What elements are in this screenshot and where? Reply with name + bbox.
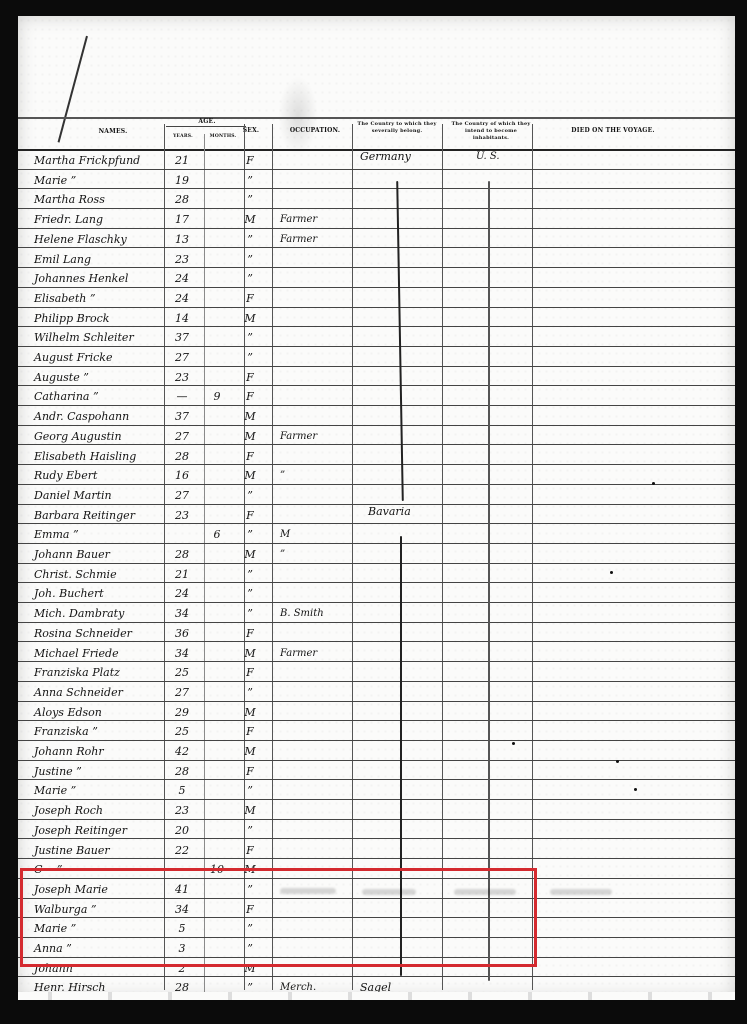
age-months <box>204 544 230 564</box>
table-row: Martha Ross28” <box>18 189 735 209</box>
sex: F <box>232 840 268 860</box>
age-months <box>204 249 230 269</box>
age-months <box>204 958 230 978</box>
passenger-name: Johann Rohr <box>34 741 104 761</box>
age-months <box>204 170 230 190</box>
sex: M <box>232 406 268 426</box>
table-row: Georg Augustin27MFarmer <box>18 426 735 446</box>
sex: F <box>232 288 268 308</box>
table-row: Friedr. Lang17MFarmer <box>18 209 735 229</box>
age-months <box>204 446 230 466</box>
age-years: 36 <box>164 623 200 643</box>
age-years: 27 <box>164 682 200 702</box>
passenger-name: Barbara Reitinger <box>34 505 135 525</box>
occupation: B. Smith <box>280 603 324 623</box>
age-months: 10 <box>204 859 230 879</box>
header-occupation: OCCUPATION. <box>280 127 350 135</box>
faded-text <box>362 889 416 895</box>
age-years: — <box>164 386 200 406</box>
passenger-name: Georg Augustin <box>34 426 122 446</box>
age-months <box>204 150 230 170</box>
passenger-name: Johann ” <box>34 958 82 978</box>
faded-text <box>280 888 336 894</box>
age-months <box>204 564 230 584</box>
table-row: Justine ”28F <box>18 761 735 781</box>
passenger-name: Martha Ross <box>34 189 105 209</box>
age-years: 22 <box>164 840 200 860</box>
sex: M <box>232 741 268 761</box>
age-years: 41 <box>164 879 200 899</box>
age-years: 25 <box>164 721 200 741</box>
age-months <box>204 465 230 485</box>
age-years: 34 <box>164 603 200 623</box>
age-years: 14 <box>164 308 200 328</box>
age-years: 17 <box>164 209 200 229</box>
header-age: AGE. <box>168 118 246 126</box>
age-months <box>204 800 230 820</box>
passenger-name: Martha Frickpfund <box>34 150 140 170</box>
sex: ” <box>232 938 268 958</box>
age-months <box>204 347 230 367</box>
age-months: 6 <box>204 524 230 544</box>
sex: F <box>232 721 268 741</box>
table-row: Auguste ”23F <box>18 367 735 387</box>
age-years <box>164 524 200 544</box>
sex: ” <box>232 170 268 190</box>
sex: M <box>232 544 268 564</box>
passenger-name: Justine Bauer <box>34 840 110 860</box>
passenger-name: Johannes Henkel <box>34 268 128 288</box>
sex: ” <box>232 268 268 288</box>
passenger-name: Elisabeth Haisling <box>34 446 136 466</box>
table-row: Mich. Dambraty34”B. Smith <box>18 603 735 623</box>
age-years: 23 <box>164 800 200 820</box>
age-months <box>204 662 230 682</box>
age-months <box>204 840 230 860</box>
table-row: Philipp Brock14M <box>18 308 735 328</box>
ditto-stroke-inhabit <box>488 181 490 981</box>
age-months <box>204 820 230 840</box>
age-years: 27 <box>164 426 200 446</box>
passenger-name: Joseph Marie <box>34 879 108 899</box>
age-months <box>204 406 230 426</box>
age-months <box>204 229 230 249</box>
age-months <box>204 268 230 288</box>
passenger-name: Helene Flaschky <box>34 229 127 249</box>
table-row: Joh. Buchert24” <box>18 583 735 603</box>
sex: M <box>232 308 268 328</box>
sex: ” <box>232 485 268 505</box>
sex: ” <box>232 249 268 269</box>
sex: ” <box>232 780 268 800</box>
sex: F <box>232 505 268 525</box>
age-years: 3 <box>164 938 200 958</box>
ink-speck <box>616 760 619 763</box>
age-years: 37 <box>164 327 200 347</box>
manifest-page: NAMES. AGE. YEARS. MONTHS. SEX. OCCUPATI… <box>18 16 735 998</box>
age-months <box>204 938 230 958</box>
passenger-name: Friedr. Lang <box>34 209 103 229</box>
ink-speck <box>512 742 515 745</box>
passenger-name: Justine ” <box>34 761 82 781</box>
passenger-name: Mich. Dambraty <box>34 603 124 623</box>
header-died: DIED ON THE VOYAGE. <box>548 127 678 135</box>
age-years: 2 <box>164 958 200 978</box>
faded-text <box>454 889 516 895</box>
age-years: 34 <box>164 643 200 663</box>
table-row: Emil Lang23” <box>18 249 735 269</box>
table-header: NAMES. AGE. YEARS. MONTHS. SEX. OCCUPATI… <box>18 115 735 149</box>
passenger-name: Emil Lang <box>34 249 91 269</box>
passenger-name: Rosina Schneider <box>34 623 132 643</box>
age-months <box>204 327 230 347</box>
passenger-name: August Fricke <box>34 347 112 367</box>
ink-speck <box>634 788 637 791</box>
age-months <box>204 899 230 919</box>
sex: F <box>232 623 268 643</box>
passenger-name: Franziska ” <box>34 721 98 741</box>
sex: M <box>232 643 268 663</box>
passenger-name: Franziska Platz <box>34 662 120 682</box>
table-row: Joseph Roch23M <box>18 800 735 820</box>
age-years: — <box>164 859 200 879</box>
sex: M <box>232 958 268 978</box>
sex: F <box>232 367 268 387</box>
table-row: Michael Friede34MFarmer <box>18 643 735 663</box>
sex: ” <box>232 327 268 347</box>
header-country-belong: The Country to which they severally belo… <box>354 121 440 135</box>
sex: ” <box>232 189 268 209</box>
passenger-name: Joseph Reitinger <box>34 820 127 840</box>
passenger-name: Anna ” <box>34 938 72 958</box>
sex: M <box>232 859 268 879</box>
sex: M <box>232 465 268 485</box>
occupation: ” <box>280 544 285 564</box>
age-years: 19 <box>164 170 200 190</box>
age-months <box>204 288 230 308</box>
age-months <box>204 643 230 663</box>
age-months <box>204 308 230 328</box>
passenger-name: Andr. Caspohann <box>34 406 129 426</box>
passenger-name: C— ” <box>34 859 63 879</box>
header-age-months: MONTHS. <box>204 133 242 141</box>
age-months <box>204 367 230 387</box>
passenger-name: Philipp Brock <box>34 308 109 328</box>
country-destination: U. S. <box>476 146 500 166</box>
age-years: 28 <box>164 189 200 209</box>
age-months <box>204 780 230 800</box>
passenger-name: Christ. Schmie <box>34 564 117 584</box>
age-months <box>204 583 230 603</box>
sex: ” <box>232 682 268 702</box>
age-years: 16 <box>164 465 200 485</box>
table-row: Christ. Schmie21” <box>18 564 735 584</box>
header-age-years: YEARS. <box>164 133 202 141</box>
age-months <box>204 426 230 446</box>
table-row: Marie ”19” <box>18 170 735 190</box>
page-edge <box>18 992 735 1000</box>
occupation: Farmer <box>280 229 317 249</box>
occupation: M <box>280 524 290 544</box>
ink-speck <box>652 482 655 485</box>
table-row: Wilhelm Schleiter37” <box>18 327 735 347</box>
age-years: 29 <box>164 702 200 722</box>
passenger-name: Marie ” <box>34 918 76 938</box>
age-years: 28 <box>164 544 200 564</box>
header-country-inhabit: The Country of which they intend to beco… <box>446 121 536 142</box>
country-of-origin: Germany <box>360 146 411 166</box>
age-years: 20 <box>164 820 200 840</box>
age-months <box>204 189 230 209</box>
sex: ” <box>232 879 268 899</box>
sex: F <box>232 446 268 466</box>
table-row: Johann Rohr42M <box>18 741 735 761</box>
age-months <box>204 761 230 781</box>
age-months <box>204 209 230 229</box>
sex: F <box>232 386 268 406</box>
table-row: Marie ”5” <box>18 780 735 800</box>
sex: F <box>232 662 268 682</box>
sex: ” <box>232 583 268 603</box>
sex: ” <box>232 918 268 938</box>
table-row: Johann Bauer28M” <box>18 544 735 564</box>
country-of-origin: Bavaria <box>368 501 411 521</box>
age-years: 27 <box>164 347 200 367</box>
table-row: Aloys Edson29M <box>18 702 735 722</box>
table-row: Anna Schneider27” <box>18 682 735 702</box>
age-years: 42 <box>164 741 200 761</box>
ditto-stroke-country-2 <box>400 536 402 976</box>
age-years: 5 <box>164 780 200 800</box>
occupation: Farmer <box>280 426 317 446</box>
passenger-name: Walburga ” <box>34 899 97 919</box>
table-row: Elisabeth Haisling28F <box>18 446 735 466</box>
passenger-name: Joseph Roch <box>34 800 103 820</box>
sex: F <box>232 150 268 170</box>
age-years: 28 <box>164 446 200 466</box>
age-years: 24 <box>164 583 200 603</box>
passenger-name: Daniel Martin <box>34 485 112 505</box>
passenger-name: Marie ” <box>34 780 76 800</box>
age-years: 24 <box>164 268 200 288</box>
passenger-name: Aloys Edson <box>34 702 102 722</box>
sex: M <box>232 800 268 820</box>
passenger-name: Michael Friede <box>34 643 119 663</box>
age-years: 28 <box>164 761 200 781</box>
age-years: 5 <box>164 918 200 938</box>
age-months <box>204 485 230 505</box>
passenger-name: Johann Bauer <box>34 544 110 564</box>
table-row: Emma ”6”M <box>18 524 735 544</box>
table-row: Andr. Caspohann37M <box>18 406 735 426</box>
sex: ” <box>232 229 268 249</box>
table-row: Marie ”5” <box>18 918 735 938</box>
table-row: August Fricke27” <box>18 347 735 367</box>
sex: M <box>232 702 268 722</box>
table-row: Joseph Reitinger20” <box>18 820 735 840</box>
table-row: Franziska Platz25F <box>18 662 735 682</box>
table-row: Catharina ”—9F <box>18 386 735 406</box>
table-row: Rosina Schneider36F <box>18 623 735 643</box>
passenger-name: Joh. Buchert <box>34 583 104 603</box>
sex: ” <box>232 564 268 584</box>
age-months <box>204 505 230 525</box>
table-row: Rudy Ebert16M” <box>18 465 735 485</box>
passenger-name: Elisabeth ” <box>34 288 95 308</box>
age-months <box>204 702 230 722</box>
passenger-name: Wilhelm Schleiter <box>34 327 134 347</box>
age-years: 25 <box>164 662 200 682</box>
passenger-name: Rudy Ebert <box>34 465 97 485</box>
table-row: Elisabeth ”24F <box>18 288 735 308</box>
sex: M <box>232 426 268 446</box>
age-months <box>204 682 230 702</box>
age-years: 24 <box>164 288 200 308</box>
passenger-name: Catharina ” <box>34 386 99 406</box>
passenger-name: Auguste ” <box>34 367 89 387</box>
sex: ” <box>232 603 268 623</box>
age-months <box>204 918 230 938</box>
age-months <box>204 603 230 623</box>
sex: ” <box>232 347 268 367</box>
sex: F <box>232 899 268 919</box>
age-years: 37 <box>164 406 200 426</box>
header-names: NAMES. <box>78 128 148 136</box>
age-years: 21 <box>164 150 200 170</box>
age-years: 23 <box>164 505 200 525</box>
table-row: C— ”—10M <box>18 859 735 879</box>
age-months <box>204 721 230 741</box>
occupation: Farmer <box>280 209 317 229</box>
occupation: Farmer <box>280 643 317 663</box>
age-years: 21 <box>164 564 200 584</box>
table-row: Walburga ”34F <box>18 899 735 919</box>
passenger-name: Marie ” <box>34 170 76 190</box>
table-row: Helene Flaschky13”Farmer <box>18 229 735 249</box>
faded-text <box>550 889 612 895</box>
table-row: Franziska ”25F <box>18 721 735 741</box>
age-years: 23 <box>164 249 200 269</box>
age-divider <box>166 126 246 127</box>
age-years: 13 <box>164 229 200 249</box>
age-years: 23 <box>164 367 200 387</box>
sex: ” <box>232 524 268 544</box>
sex: F <box>232 761 268 781</box>
age-months <box>204 741 230 761</box>
table-row: Johann ”2M <box>18 958 735 978</box>
sex: M <box>232 209 268 229</box>
age-months <box>204 623 230 643</box>
occupation: ” <box>280 465 285 485</box>
age-years: 34 <box>164 899 200 919</box>
sex: ” <box>232 820 268 840</box>
table-row: Justine Bauer22F <box>18 840 735 860</box>
table-row: Anna ”3” <box>18 938 735 958</box>
passenger-name: Emma ” <box>34 524 79 544</box>
age-years: 27 <box>164 485 200 505</box>
age-months <box>204 879 230 899</box>
table-row: Johannes Henkel24” <box>18 268 735 288</box>
ink-speck <box>610 571 613 574</box>
age-months: 9 <box>204 386 230 406</box>
passenger-name: Anna Schneider <box>34 682 123 702</box>
